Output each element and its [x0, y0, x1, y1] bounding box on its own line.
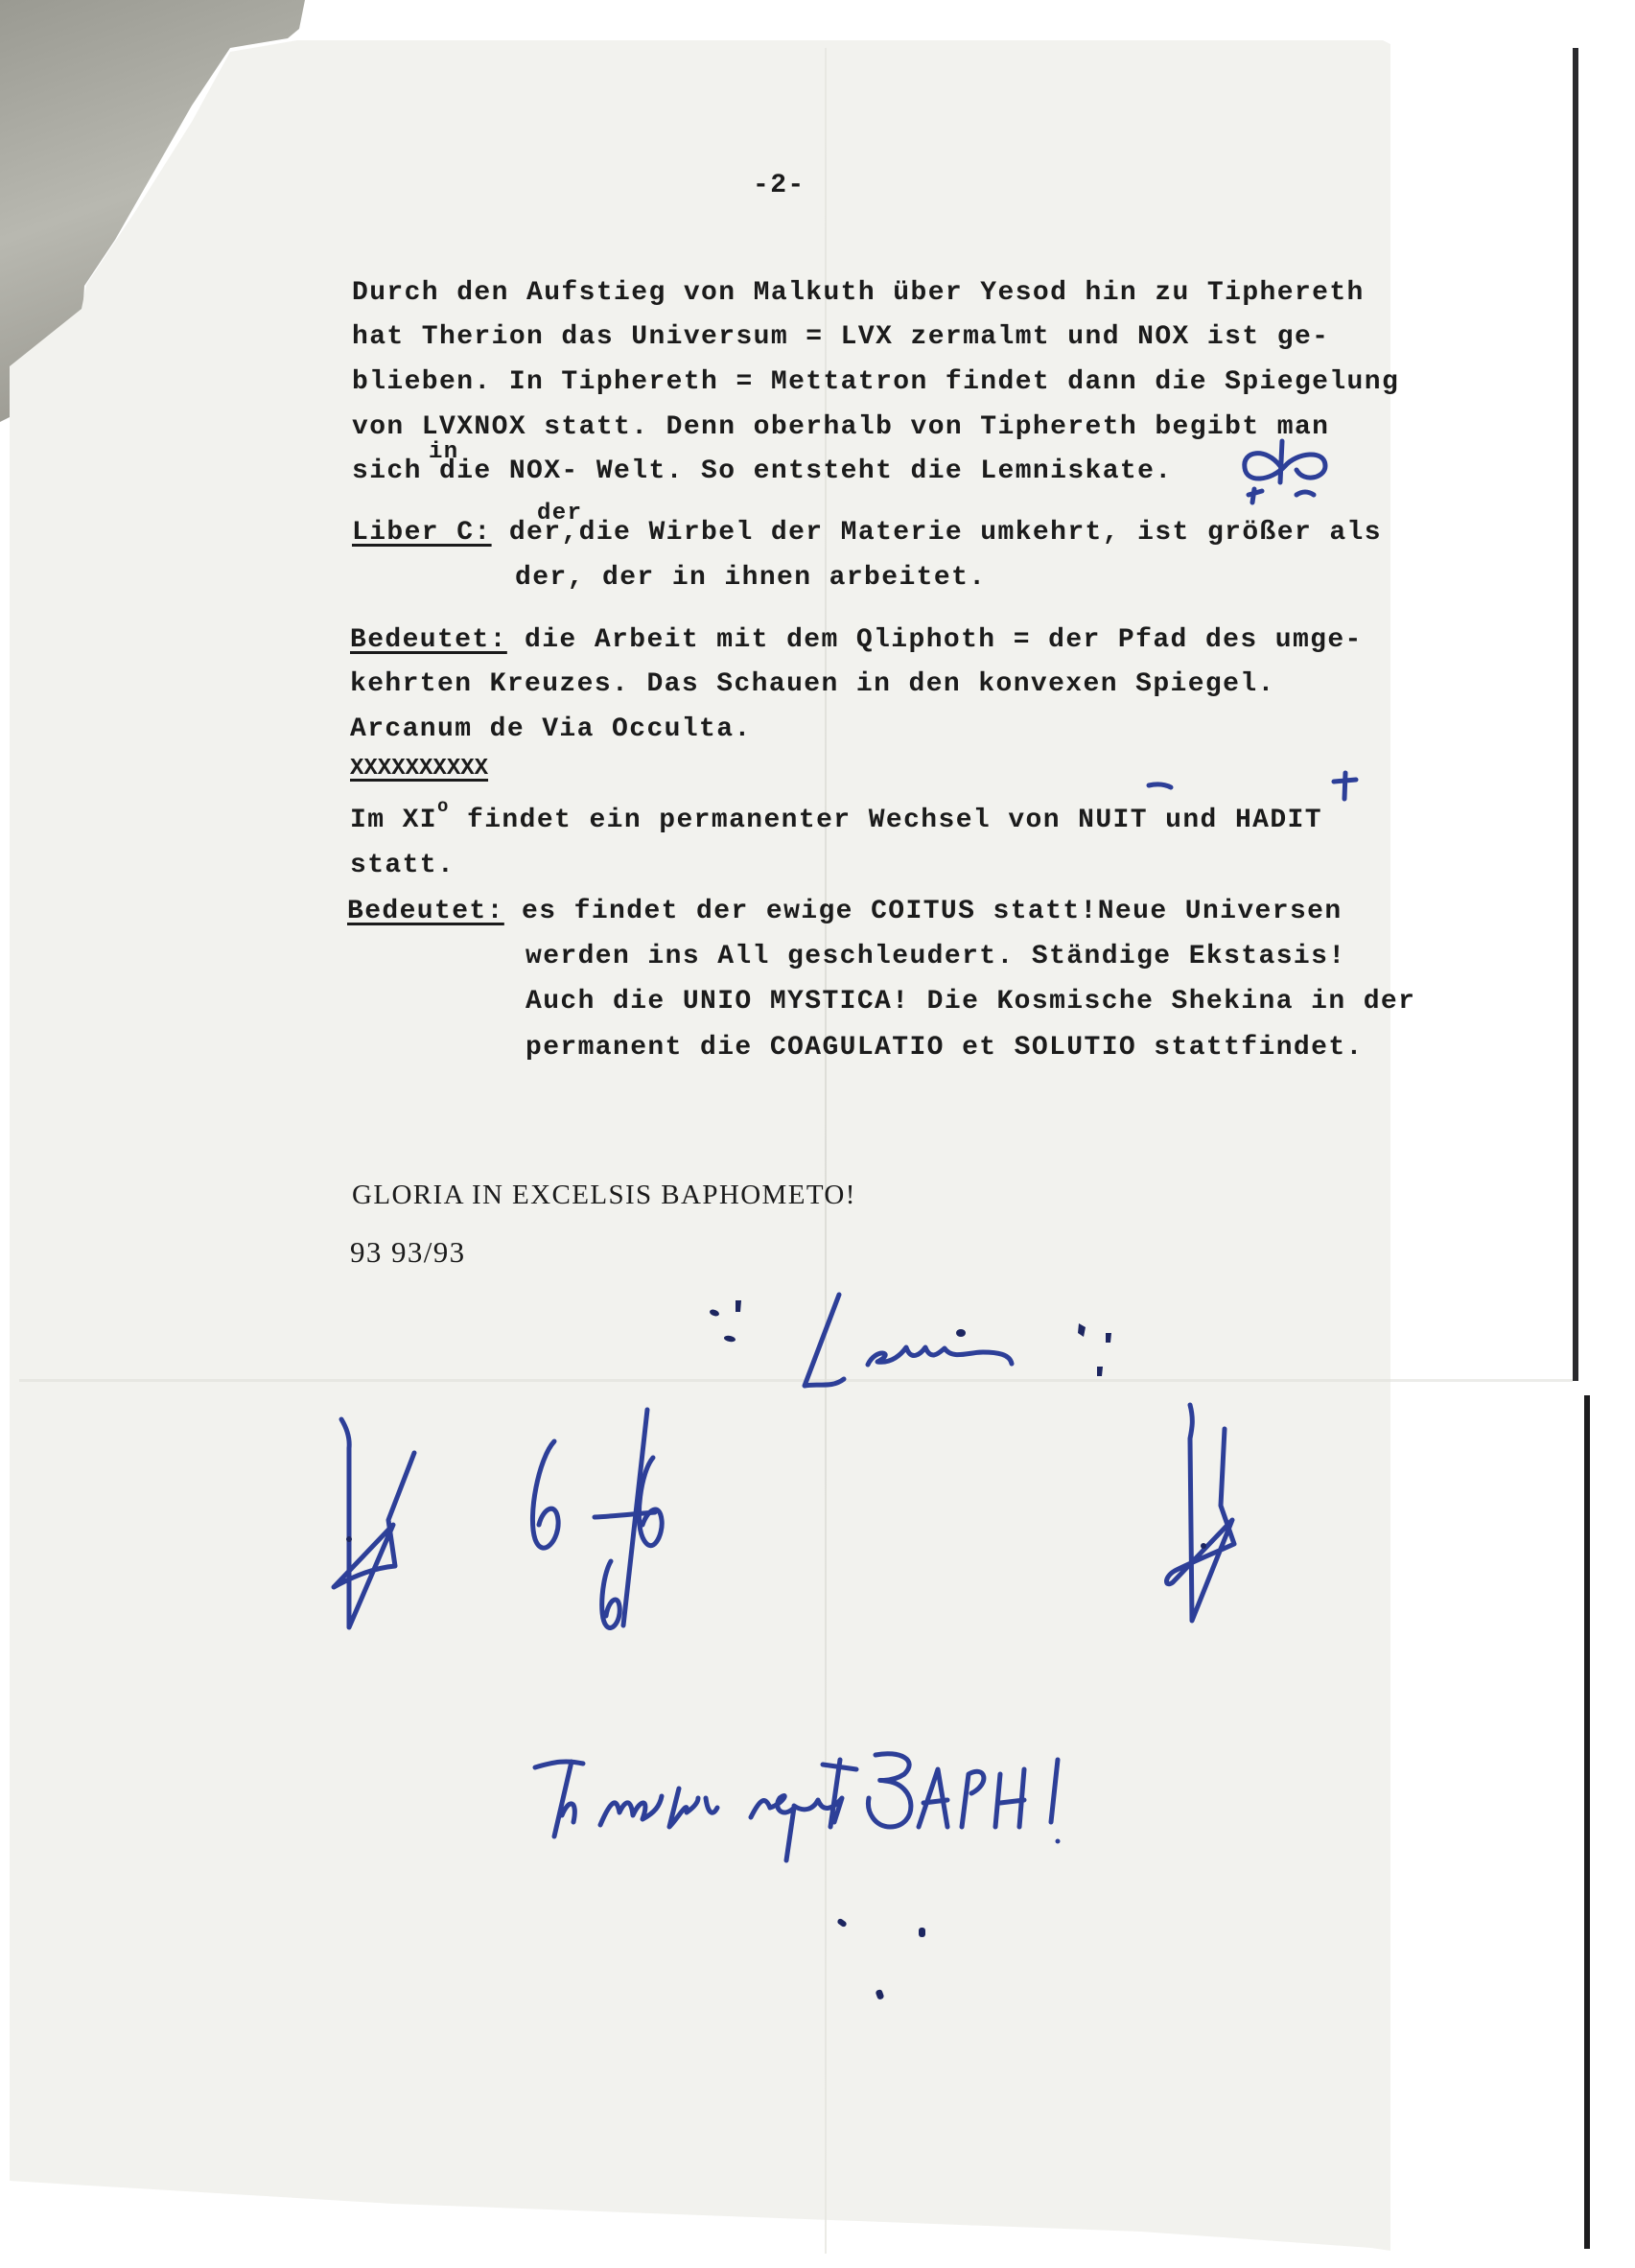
- bedeutet-line: kehrten Kreuzes. Das Schauen in den konv…: [350, 669, 1275, 699]
- bedeutet-line: Bedeutet: die Arbeit mit dem Qliphoth = …: [350, 625, 1363, 655]
- liber-c-line: Liber C: der,derdie Wirbel der Materie u…: [352, 518, 1382, 548]
- insertion-mark: in: [429, 439, 459, 465]
- xi-line: statt.: [350, 851, 455, 880]
- bedeutet-line: Auch die UNIO MYSTICA! Die Kosmische She…: [526, 987, 1415, 1017]
- insertion-mark: der: [537, 501, 582, 526]
- text: die Arbeit mit dem Qliphoth = der Pfad d…: [525, 625, 1363, 655]
- paper-edge: [1584, 1395, 1590, 2249]
- xi-line: Im XIo findet ein permanenter Wechsel vo…: [350, 806, 1322, 835]
- liber-c-label: Liber C:: [352, 518, 492, 548]
- paragraph-line: von LVXNOX statt. Denn oberhalb von Tiph…: [352, 412, 1329, 442]
- paragraph-line: sich indie NOX- Welt. So entsteht die Le…: [352, 456, 1173, 486]
- bedeutet-line: werden ins All geschleudert. Ständige Ek…: [526, 942, 1346, 971]
- inverted-pentagram-right-icon: [1127, 1400, 1242, 1635]
- text: die Wirbel der Materie umkehrt, ist größ…: [579, 518, 1382, 548]
- cross-666-icon: [518, 1405, 806, 1640]
- struck-out-text: XXXXXXXXXX: [350, 756, 488, 782]
- signature-icon: [705, 1295, 1127, 1405]
- paragraph-line: blieben. In Tiphereth = Mettatron findet…: [352, 367, 1399, 397]
- text: sich: [352, 456, 439, 486]
- plus-mark-icon: [1331, 772, 1360, 806]
- inverted-pentagram-left-icon: [326, 1415, 441, 1640]
- page-number: -2-: [753, 171, 806, 200]
- text: findet ein permanenter Wechsel von NUIT …: [450, 806, 1322, 835]
- lemniscate-symbol-icon: [1237, 439, 1343, 511]
- bedeutet-line: permanent die COAGULATIO et SOLUTIO stat…: [526, 1033, 1364, 1063]
- paragraph-line: hat Therion das Universum = LVX zermalmt…: [352, 322, 1329, 352]
- text: die NOX- Welt. So entsteht die Lemniskat…: [439, 456, 1173, 486]
- text: Im XI: [350, 806, 437, 835]
- numbers-line: 93 93/93: [350, 1235, 466, 1270]
- paper-edge: [1573, 48, 1578, 1381]
- bedeutet-line: Arcanum de Via Occulta.: [350, 714, 752, 744]
- degree-mark: o: [437, 796, 450, 817]
- paragraph-line: Durch den Aufstieg von Malkuth über Yeso…: [352, 278, 1365, 308]
- three-dots-icon: [825, 1908, 940, 2009]
- minus-mark-icon: [1146, 779, 1175, 796]
- motto-handwriting-icon: [526, 1731, 1389, 1870]
- closing-line: GLORIA IN EXCELSIS BAPHOMETO!: [352, 1180, 856, 1211]
- liber-c-line: der, der in ihnen arbeitet.: [515, 563, 986, 593]
- bedeutet-line: Bedeutet: es findet der ewige COITUS sta…: [347, 897, 1343, 926]
- bedeutet-label: Bedeutet:: [350, 625, 507, 655]
- text: es findet der ewige COITUS statt!Neue Un…: [522, 897, 1343, 926]
- bedeutet-label: Bedeutet:: [347, 897, 504, 926]
